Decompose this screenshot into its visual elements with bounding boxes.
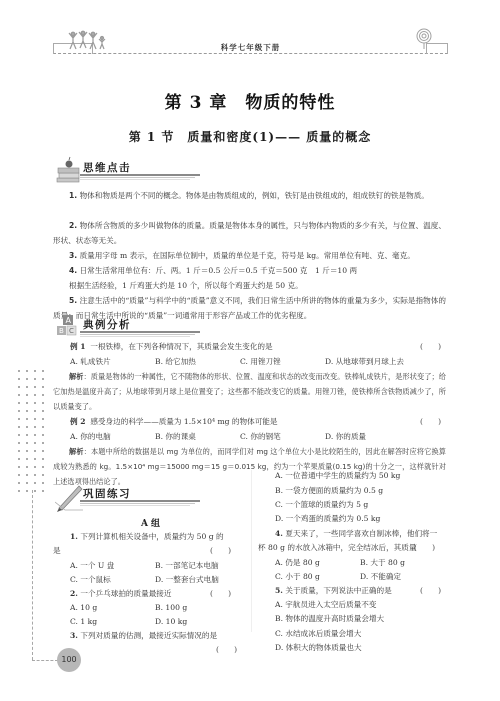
- practice-q2-option-d: D. 10 kg: [155, 614, 187, 629]
- example-label: 例 1: [70, 342, 86, 351]
- banner-rule: [80, 505, 190, 506]
- svg-text:B: B: [59, 327, 64, 335]
- practice-q3: 3. 下列对质量的估测，最接近实际情况的是: [70, 628, 217, 643]
- practice-q1-option-c: C. 一个鼠标: [70, 572, 111, 587]
- running-title: 科学七年级下册: [53, 42, 448, 53]
- point-text: 质量用字母 m 表示，在国际单位制中，质量的单位是千克，符号是 kg。常用单位有…: [80, 251, 415, 260]
- practice-q1-line2: 是: [53, 543, 61, 558]
- banner-rule: [80, 174, 200, 176]
- practice-q5-option-c: C. 水结成冰后质量会增大: [275, 626, 361, 641]
- practice-q3-option-b: B. 一袋方便面的质量约为 0.5 g: [275, 483, 383, 498]
- question-number: 3.: [70, 631, 78, 640]
- practice-q3-option-a: A. 一位普通中学生的质量约为 50 kg: [275, 468, 400, 483]
- answer-paren: ( ): [414, 540, 435, 555]
- question-number: 4.: [275, 529, 283, 538]
- margin-dot-grid: [15, 367, 47, 492]
- example-1-analysis: 解析：质量是物体的一种属性，它不随物体的形状、位置、温度和状态的改变而改变。铁棒…: [53, 369, 446, 414]
- margin-dashed-line: [32, 660, 58, 661]
- analysis-label: 解析: [69, 447, 84, 456]
- svg-text:C: C: [69, 327, 74, 335]
- question-number: 1.: [70, 532, 78, 541]
- margin-dashed-line: [32, 490, 33, 660]
- practice-q4-option-b: B. 大于 80 g: [360, 555, 405, 570]
- thinking-point-2: 2. 物体所含物质的多少叫做物体的质量。质量是物体本身的属性，只与物体内物质的多…: [53, 218, 446, 248]
- answer-paren: ( ): [216, 642, 237, 657]
- running-header: 科学七年级下册: [53, 36, 448, 54]
- thinking-point-4: 4. 日常生活常用单位有：斤、两。1 斤＝0.5 公斤＝0.5 千克＝500 克…: [53, 263, 446, 278]
- banner-thinking: 思维点击: [55, 156, 160, 186]
- answer-paren: ( ): [210, 543, 231, 558]
- example-1-option-a: A. 轧成铁片: [70, 354, 111, 369]
- column-divider: [251, 470, 252, 632]
- question-text: 关于质量，下列说法中正确的是: [285, 586, 391, 595]
- banner-rule: [80, 336, 190, 337]
- question-text: 一个乒乓球拍的质量最接近: [80, 589, 171, 598]
- practice-q4-option-c: C. 小于 80 g: [275, 569, 320, 584]
- point-text: 日常生活常用单位有：斤、两。1 斤＝0.5 公斤＝0.5 千克＝500 克 1 …: [80, 266, 357, 275]
- thinking-point-3: 3. 质量用字母 m 表示，在国际单位制中，质量的单位是千克，符号是 kg。常用…: [53, 248, 446, 263]
- page-number: 100: [57, 648, 81, 672]
- example-2-option-b: B. 你的课桌: [155, 429, 196, 444]
- section-title: 第 1 节 质量和密度(1)—— 质量的概念: [0, 128, 500, 145]
- group-title: A 组: [53, 516, 248, 529]
- point-text: 根据生活经验，1 斤鸡蛋大约是 10 个，所以每个鸡蛋大约是 50 克。: [69, 281, 303, 290]
- banner-practice: 巩固练习: [55, 482, 160, 512]
- question-text: 下列对质量的估测，最接近实际情况的是: [80, 631, 217, 640]
- practice-q3-option-c: C. 一个篮球的质量约为 5 g: [275, 497, 368, 512]
- practice-q4-option-d: D. 不能确定: [360, 569, 401, 584]
- practice-q4-line2: 杯 80 g 的水放入冰箱中，完全结冰后，其质量: [258, 540, 416, 555]
- example-2-option-a: A. 你的电脑: [70, 429, 111, 444]
- example-question-text: 一根铁棒，在下列各种情况下，其质量会发生变化的是: [90, 342, 272, 351]
- analysis-text: ：质量是物体的一种属性，它不随物体的形状、位置、温度和状态的改变而改变。铁棒轧成…: [53, 372, 446, 411]
- banner-rule: [80, 500, 200, 502]
- question-text: 夏天来了，一些同学喜欢自制冰棒，他们将一: [285, 529, 437, 538]
- banner-rule: [80, 503, 195, 504]
- thinking-point-1: 1. 物体和物质是两个不同的概念。物体是由物质组成的，例如，铁钉是由铁组成的，组…: [53, 188, 446, 203]
- answer-paren: ( ): [210, 586, 231, 601]
- question-number: 2.: [70, 589, 78, 598]
- pencil-icon: [55, 482, 85, 512]
- example-1-option-c: C. 用锉刀锉: [240, 354, 281, 369]
- example-2-option-d: D. 你的质量: [325, 429, 366, 444]
- answer-paren: ( ): [420, 414, 441, 429]
- practice-q2: 2. 一个乒乓球拍的质量最接近: [70, 586, 171, 601]
- analysis-label: 解析: [69, 372, 84, 381]
- banner-examples-label: 典例分析: [83, 317, 131, 332]
- example-1-option-b: B. 给它加热: [155, 354, 196, 369]
- answer-paren: ( ): [420, 583, 441, 598]
- banner-thinking-label: 思维点击: [83, 160, 131, 175]
- practice-q5-option-a: A. 宇航员进入太空后质量不变: [275, 597, 376, 612]
- practice-q2-option-a: A. 10 g: [70, 600, 97, 615]
- thinking-point-4-note: 根据生活经验，1 斤鸡蛋大约是 10 个，所以每个鸡蛋大约是 50 克。: [53, 278, 446, 293]
- example-question-text: 感受身边的科学——质量为 1.5×10⁴ mg 的物体可能是: [90, 417, 277, 426]
- banner-rule: [80, 334, 195, 335]
- answer-paren: ( ): [420, 339, 441, 354]
- practice-q2-option-c: C. 1 kg: [70, 614, 97, 629]
- books-apple-icon: [55, 156, 83, 186]
- banner-rule: [80, 179, 190, 180]
- example-2-question: 例 2 感受身边的科学——质量为 1.5×10⁴ mg 的物体可能是: [70, 414, 278, 429]
- practice-q3-option-d: D. 一个鸡蛋的质量约为 0.5 kg: [275, 511, 380, 526]
- point-number: 4.: [69, 266, 77, 275]
- practice-q5: 5. 关于质量，下列说法中正确的是: [275, 583, 392, 598]
- practice-q5-option-d: D. 体积大的物体质量也大: [275, 640, 362, 655]
- example-1-question: 例 1 一根铁棒，在下列各种情况下，其质量会发生变化的是: [70, 339, 273, 354]
- svg-text:A: A: [66, 316, 72, 325]
- banner-practice-label: 巩固练习: [83, 486, 131, 501]
- point-number: 2.: [69, 221, 77, 230]
- point-text: 物体和物质是两个不同的概念。物体是由物质组成的，例如，铁钉是由铁组成的，组成铁钉…: [80, 191, 429, 200]
- question-number: 5.: [275, 586, 283, 595]
- example-1-option-d: D. 从地球带到月球上去: [325, 354, 404, 369]
- practice-q1-option-a: A. 一个 U 盘: [70, 558, 114, 573]
- practice-q1-option-b: B. 一部笔记本电脑: [155, 558, 219, 573]
- textbook-page: 科学七年级下册 第 3 章 物质的特性 第 1 节 质量和密度(1)—— 质量的…: [0, 0, 500, 701]
- header-right-frame: [426, 43, 448, 54]
- question-text: 下列计算机相关设备中，质量约为 50 g 的: [80, 532, 223, 541]
- point-number: 3.: [69, 251, 77, 260]
- practice-q1-option-d: D. 一整套台式电脑: [155, 572, 219, 587]
- point-text: 物体所含物质的多少叫做物体的质量。质量是物体本身的属性，只与物体内物质的多少有关…: [53, 221, 446, 245]
- practice-q4-option-a: A. 仍是 80 g: [275, 555, 320, 570]
- practice-q1: 1. 下列计算机相关设备中，质量约为 50 g 的: [70, 529, 224, 544]
- banner-rule: [80, 177, 195, 178]
- example-2-option-c: C. 你的钢笔: [240, 429, 281, 444]
- point-number: 5.: [69, 296, 77, 305]
- example-label: 例 2: [70, 417, 86, 426]
- banner-rule: [80, 331, 200, 333]
- point-number: 1.: [69, 191, 77, 200]
- chapter-title: 第 3 章 物质的特性: [0, 88, 500, 113]
- practice-q4: 4. 夏天来了，一些同学喜欢自制冰棒，他们将一: [275, 526, 437, 541]
- practice-q5-option-b: B. 物体的温度升高时质量会增大: [275, 611, 384, 626]
- practice-q2-option-b: B. 100 g: [155, 600, 187, 615]
